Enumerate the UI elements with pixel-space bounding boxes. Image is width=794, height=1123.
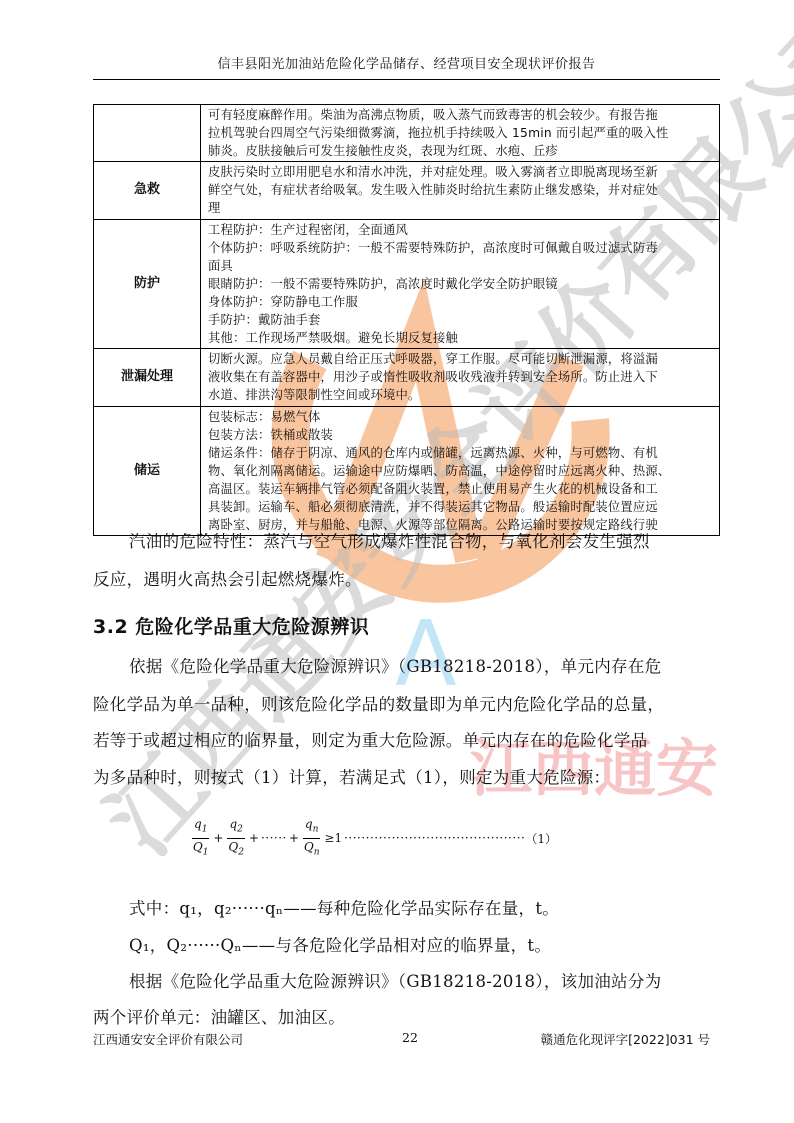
plus-sign: + xyxy=(289,831,299,845)
content-line: 手防护：戴防油手套 xyxy=(208,311,715,329)
content-line: 其他：工作现场严禁吸烟。避免长期反复接触 xyxy=(208,329,715,347)
gasoline-hazard-line-2: 反应，遇明火高热会引起燃烧爆炸。 xyxy=(93,566,720,590)
paragraph-line: 为多品种时，则按式（1）计算，若满足式（1），则定为重大危险源： xyxy=(93,764,720,788)
content-line: 高温区。装运车辆排气管必须配备阻火装置，禁止使用易产生火花的机械设备和工 xyxy=(208,480,715,498)
fraction: qn Qn xyxy=(303,816,320,860)
equation-number: （1） xyxy=(525,830,557,847)
page-number: 22 xyxy=(402,1030,418,1045)
plus-sign: + xyxy=(213,831,223,845)
content-line: 水道、排洪沟等限制性空间或环境中。 xyxy=(208,386,715,404)
definition-Q: Q₁，Q₂······Qₙ——与各危险化学品相对应的临界量，t。 xyxy=(93,932,720,956)
row-label-leak-handling: 泄漏处理 xyxy=(94,349,201,406)
formula-1: q1 Q1 + q2 Q2 + ······ + qn Qn ≥1 ······… xyxy=(190,815,557,861)
ellipsis: ······ xyxy=(261,831,287,845)
fraction: q1 Q1 xyxy=(192,816,209,860)
content-line: 理 xyxy=(208,199,715,217)
paragraph-line: 两个评价单元：油罐区、加油区。 xyxy=(93,1004,720,1028)
content-line: 身体防护：穿防静电工作服 xyxy=(208,293,715,311)
row-label-first-aid: 急救 xyxy=(94,162,201,219)
content-line: 眼睛防护：一般不需要特殊防护，高浓度时戴化学安全防护眼镜 xyxy=(208,275,715,293)
relation: ≥1 xyxy=(324,831,342,845)
row-content: 切断火源。应急人员戴自给正压式呼吸器，穿工作服。尽可能切断泄漏源，将溢漏 液收集… xyxy=(201,349,720,406)
content-line: 拉机驾驶台四周空气污染细微雾滴，拖拉机手持续吸入 15min 而引起严重的吸入性 xyxy=(208,124,715,142)
row-content: 可有轻度麻醉作用。柴油为高沸点物质，吸入蒸气而致毒害的机会较少。有报告拖 拉机驾… xyxy=(201,105,720,162)
content-line: 工程防护：生产过程密闭，全面通风 xyxy=(208,221,715,239)
company-name: 江西通安安全评价有限公司 xyxy=(93,1030,243,1048)
paragraph-line: 险化学品为单一品种，则该危险化学品的数量即为单元内危险化学品的总量， xyxy=(93,691,720,715)
leader-dots: ········································… xyxy=(344,831,525,845)
table-row: 防护 工程防护：生产过程密闭，全面通风 个体防护：呼吸系统防护：一般不需要特殊防… xyxy=(94,219,720,349)
paragraph-line: 若等于或超过相应的临界量，则定为重大危险源。单元内存在的危险化学品 xyxy=(93,727,720,751)
row-label xyxy=(94,105,201,162)
msds-table: 可有轻度麻醉作用。柴油为高沸点物质，吸入蒸气而致毒害的机会较少。有报告拖 拉机驾… xyxy=(93,104,720,536)
fraction: q2 Q2 xyxy=(227,816,244,860)
content-line: 肺炎。皮肤接触后可发生接触性皮炎，表现为红斑、水疱、丘疹 xyxy=(208,142,715,160)
content-line: 储运条件：储存于阴凉、通风的仓库内或储罐，远离热源、火种，与可燃物、有机 xyxy=(208,444,715,462)
content-line: 包装标志：易燃气体 xyxy=(208,408,715,426)
content-line: 皮肤污染时立即用肥皂水和清水冲洗，并对症处理。吸入雾滴者立即脱离现场至新 xyxy=(208,163,715,181)
content-line: 鲜空气处，有症状者给吸氧。发生吸入性肺炎时给抗生素防止继发感染，并对症处 xyxy=(208,181,715,199)
row-label-storage-transport: 储运 xyxy=(94,406,201,536)
table-row: 可有轻度麻醉作用。柴油为高沸点物质，吸入蒸气而致毒害的机会较少。有报告拖 拉机驾… xyxy=(94,105,720,162)
document-number: 赣通危化现评字[2022]031 号 xyxy=(541,1030,710,1048)
content-line: 物、氧化剂隔离储运。运输途中应防爆晒、防高温，中途停留时应远离火种、热源、 xyxy=(208,462,715,480)
content-line: 个体防护：呼吸系统防护：一般不需要特殊防护，高浓度时可佩戴自吸过滤式防毒 xyxy=(208,239,715,257)
page-header: 信丰县阳光加油站危险化学品储存、经营项目安全现状评价报告 xyxy=(93,55,720,80)
row-content: 包装标志：易燃气体 包装方法：铁桶或散装 储运条件：储存于阴凉、通风的仓库内或储… xyxy=(201,406,720,536)
gasoline-hazard-line-1: 汽油的危险特性：蒸汽与空气形成爆炸性混合物，与氧化剂会发生强烈 xyxy=(93,528,720,552)
report-title: 信丰县阳光加油站危险化学品储存、经营项目安全现状评价报告 xyxy=(217,57,595,72)
content-line: 包装方法：铁桶或散装 xyxy=(208,426,715,444)
row-content: 工程防护：生产过程密闭，全面通风 个体防护：呼吸系统防护：一般不需要特殊防护，高… xyxy=(201,219,720,349)
section-title: 3.2 危险化学品重大危险源辨识 xyxy=(93,612,369,639)
table-row: 急救 皮肤污染时立即用肥皂水和清水冲洗，并对症处理。吸入雾滴者立即脱离现场至新 … xyxy=(94,162,720,219)
content-line: 面具 xyxy=(208,257,715,275)
row-label-protection: 防护 xyxy=(94,219,201,349)
content-line: 液收集在有盖容器中，用沙子或惰性吸收剂吸收残液并转到安全场所。防止进入下 xyxy=(208,368,715,386)
table-row: 泄漏处理 切断火源。应急人员戴自给正压式呼吸器，穿工作服。尽可能切断泄漏源，将溢… xyxy=(94,349,720,406)
content-line: 具装卸。运输车、船必须彻底清洗，并不得装运其它物品。般运输时配装位置应远 xyxy=(208,498,715,516)
paragraph-line: 根据《危险化学品重大危险源辨识》（GB18218-2018），该加油站分为 xyxy=(93,968,720,992)
table-row: 储运 包装标志：易燃气体 包装方法：铁桶或散装 储运条件：储存于阴凉、通风的仓库… xyxy=(94,406,720,536)
plus-sign: + xyxy=(249,831,259,845)
content-line: 可有轻度麻醉作用。柴油为高沸点物质，吸入蒸气而致毒害的机会较少。有报告拖 xyxy=(208,106,715,124)
paragraph-line: 依据《危险化学品重大危险源辨识》（GB18218-2018），单元内存在危 xyxy=(93,653,720,677)
row-content: 皮肤污染时立即用肥皂水和清水冲洗，并对症处理。吸入雾滴者立即脱离现场至新 鲜空气… xyxy=(201,162,720,219)
definition-q: 式中：q₁，q₂······qₙ——每种危险化学品实际存在量，t。 xyxy=(93,895,720,919)
page-footer: 江西通安安全评价有限公司 22 赣通危化现评字[2022]031 号 xyxy=(93,1030,720,1048)
content-line: 切断火源。应急人员戴自给正压式呼吸器，穿工作服。尽可能切断泄漏源，将溢漏 xyxy=(208,350,715,368)
